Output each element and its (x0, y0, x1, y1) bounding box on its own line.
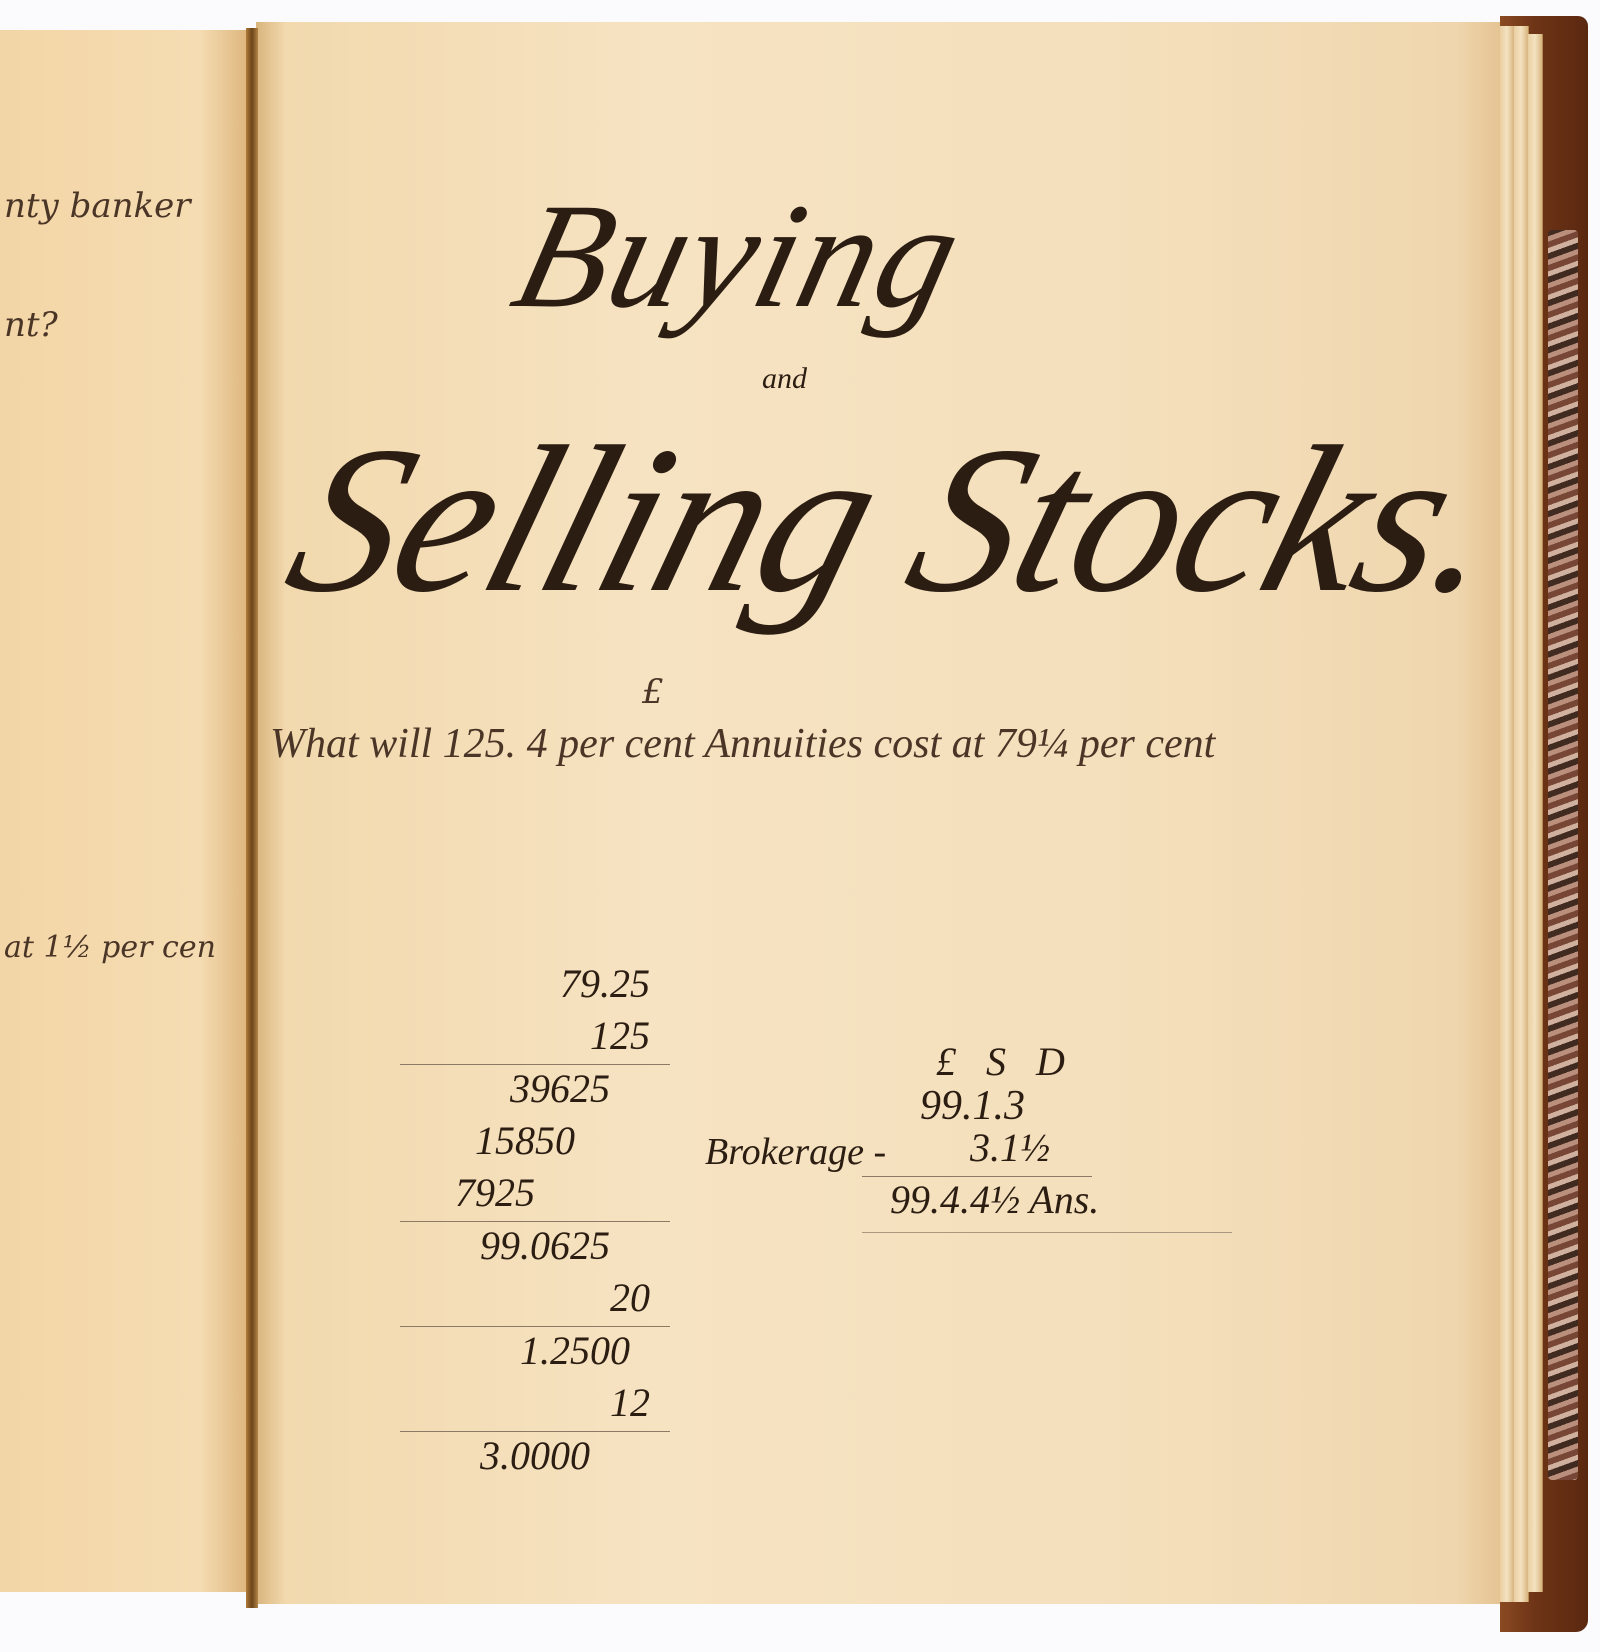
calc-row: 20 (400, 1274, 670, 1327)
calc-row: 3.0000 (400, 1432, 670, 1484)
title-buying: Buying (499, 170, 979, 342)
calc-row: 39625 (400, 1065, 670, 1117)
title-and: and (762, 362, 807, 396)
calc-row: 99.0625 (400, 1222, 670, 1274)
answer-total: 99.4.4½ Ans. (890, 1176, 1099, 1223)
calc-row: 1.2500 (400, 1327, 670, 1379)
lsd-header: £ S D (936, 1038, 1075, 1085)
calc-row: 79.25 (400, 960, 670, 1012)
left-page-fragment: nty banker (4, 186, 191, 226)
page-edge (1528, 34, 1543, 1592)
brokerage-label: Brokerage - (705, 1130, 886, 1174)
left-page (0, 30, 250, 1592)
calc-row: 7925 (400, 1169, 670, 1222)
answer-underline (862, 1232, 1232, 1233)
brokerage-value: 3.1½ (970, 1124, 1050, 1171)
question-text: What will 125. 4 per cent Annuities cost… (270, 720, 1215, 768)
page-edge (1514, 26, 1529, 1602)
price-value: 99.1.3 (920, 1082, 1025, 1130)
calc-row: 15850 (400, 1117, 670, 1169)
calc-row: 125 (400, 1012, 670, 1065)
book-gutter (246, 28, 258, 1608)
calc-row: 12 (400, 1379, 670, 1432)
open-book: nty banker nt? at 1½ per cen Buying and … (0, 0, 1600, 1652)
marbled-edge (1548, 230, 1578, 1480)
working-calculation: 79.25 125 39625 15850 7925 99.0625 20 1.… (400, 960, 670, 1484)
pound-sign: £ (642, 672, 664, 712)
title-selling-stocks: Selling Stocks. (265, 400, 1529, 641)
left-page-fragment: nt? (4, 305, 58, 345)
left-page-fragment: at 1½ per cen (4, 930, 216, 965)
page-edge (1500, 26, 1515, 1602)
